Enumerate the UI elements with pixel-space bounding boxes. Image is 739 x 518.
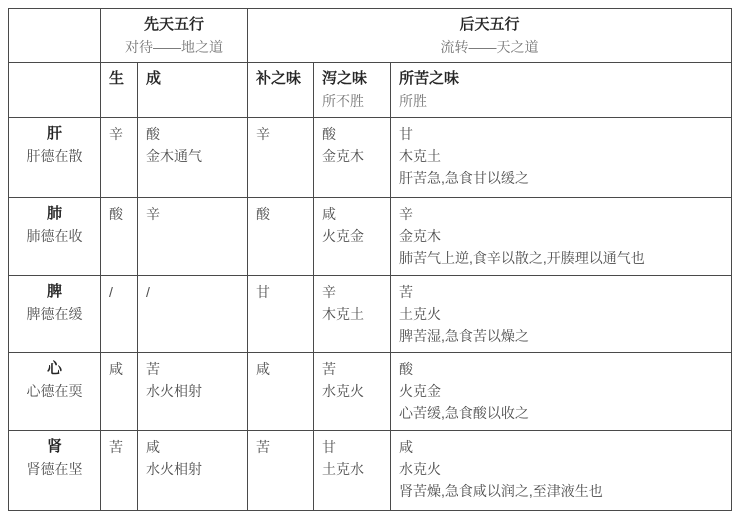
cheng-line-1: 苦 [146, 358, 239, 380]
suku-line-1: 咸 [399, 436, 723, 458]
suku-line-3: 肾苦燥,急食咸以润之,至津液生也 [399, 480, 723, 502]
suku-line-1: 酸 [399, 358, 723, 380]
bu-cell: 咸 [248, 353, 314, 431]
sheng-cell: / [101, 276, 138, 353]
xie-line-1: 辛 [322, 281, 382, 303]
column-header-row: 生 成 补之味 泻之味 所不胜 所苦之味 所胜 [9, 63, 732, 118]
bu-cell: 辛 [248, 118, 314, 198]
xie-line-1: 咸 [322, 203, 382, 225]
xie-cell: 辛 木克土 [314, 276, 391, 353]
organ-name: 肺 [17, 203, 92, 225]
sheng-value: / [109, 281, 129, 303]
col-header-xie-sublabel: 所不胜 [322, 90, 382, 112]
bu-cell: 酸 [248, 198, 314, 276]
bu-value: 酸 [256, 203, 305, 225]
suku-line-3: 肺苦气上逆,食辛以散之,开腠理以通气也 [399, 247, 723, 269]
xie-cell: 咸 火克金 [314, 198, 391, 276]
sheng-value: 辛 [109, 123, 129, 145]
sheng-value: 酸 [109, 203, 129, 225]
cheng-line-2: 金木通气 [146, 145, 239, 167]
suku-line-2: 木克土 [399, 145, 723, 167]
organ-name: 心 [17, 358, 92, 380]
xie-line-2: 金克木 [322, 145, 382, 167]
group-innate-subtitle: 对待——地之道 [109, 36, 239, 58]
cheng-line-1: 酸 [146, 123, 239, 145]
sheng-value: 咸 [109, 358, 129, 380]
col-header-xie-label: 泻之味 [322, 68, 382, 90]
cheng-cell: 苦 水火相射 [138, 353, 248, 431]
xie-cell: 酸 金克木 [314, 118, 391, 198]
xie-cell: 甘 土克水 [314, 431, 391, 511]
suku-line-2: 火克金 [399, 380, 723, 402]
suku-cell: 辛 金克木 肺苦气上逆,食辛以散之,开腠理以通气也 [391, 198, 732, 276]
organ-name: 肾 [17, 436, 92, 458]
cheng-cell: 辛 [138, 198, 248, 276]
wuxing-table: 先天五行 对待——地之道 后天五行 流转——天之道 生 成 补之味 泻之味 所不… [8, 8, 732, 511]
cheng-line-2: 水火相射 [146, 458, 239, 480]
xie-line-2: 水克火 [322, 380, 382, 402]
col-header-sheng-label: 生 [109, 68, 129, 90]
header-group-row: 先天五行 对待——地之道 后天五行 流转——天之道 [9, 9, 732, 63]
organ-name: 脾 [17, 281, 92, 303]
xie-line-2: 木克土 [322, 303, 382, 325]
suku-line-3: 心苦缓,急食酸以收之 [399, 402, 723, 424]
suku-line-1: 苦 [399, 281, 723, 303]
sheng-cell: 咸 [101, 353, 138, 431]
bu-value: 甘 [256, 281, 305, 303]
organ-virtue: 肺德在收 [17, 225, 92, 247]
suku-cell: 苦 土克火 脾苦湿,急食苦以燥之 [391, 276, 732, 353]
suku-line-2: 土克火 [399, 303, 723, 325]
group-innate-title: 先天五行 [109, 14, 239, 36]
sheng-cell: 辛 [101, 118, 138, 198]
col-header-cheng-label: 成 [146, 68, 239, 90]
cheng-line-1: 辛 [146, 203, 239, 225]
suku-line-3: 脾苦湿,急食苦以燥之 [399, 325, 723, 347]
group-acquired-subtitle: 流转——天之道 [256, 36, 723, 58]
suku-line-2: 水克火 [399, 458, 723, 480]
col-header-suku: 所苦之味 所胜 [391, 63, 732, 118]
organ-virtue: 肝德在散 [17, 145, 92, 167]
table-row-heart: 心 心德在耎 咸 苦 水火相射 咸 苦 水克火 酸 火克金 心苦缓,急食酸以收之 [9, 353, 732, 431]
group-innate-cell: 先天五行 对待——地之道 [101, 9, 248, 63]
group-acquired-title: 后天五行 [256, 14, 723, 36]
cheng-line-1: 咸 [146, 436, 239, 458]
table-row-spleen: 脾 脾德在缓 / / 甘 辛 木克土 苦 土克火 脾苦湿,急食苦以燥之 [9, 276, 732, 353]
organ-virtue: 脾德在缓 [17, 303, 92, 325]
organ-virtue: 心德在耎 [17, 380, 92, 402]
organ-cell: 脾 脾德在缓 [9, 276, 101, 353]
cheng-line-2: 水火相射 [146, 380, 239, 402]
col-header-sheng: 生 [101, 63, 138, 118]
table-row-liver: 肝 肝德在散 辛 酸 金木通气 辛 酸 金克木 甘 木克土 肝苦急,急食甘以缓之 [9, 118, 732, 198]
col-header-suku-sublabel: 所胜 [399, 90, 723, 112]
corner-cell-top [9, 9, 101, 63]
organ-cell: 肾 肾德在坚 [9, 431, 101, 511]
sheng-value: 苦 [109, 436, 129, 458]
sheng-cell: 酸 [101, 198, 138, 276]
table-row-kidney: 肾 肾德在坚 苦 咸 水火相射 苦 甘 土克水 咸 水克火 肾苦燥,急食咸以润之… [9, 431, 732, 511]
xie-line-2: 火克金 [322, 225, 382, 247]
suku-line-1: 辛 [399, 203, 723, 225]
suku-line-3: 肝苦急,急食甘以缓之 [399, 167, 723, 189]
organ-virtue: 肾德在坚 [17, 458, 92, 480]
bu-value: 咸 [256, 358, 305, 380]
xie-line-1: 甘 [322, 436, 382, 458]
bu-value: 苦 [256, 436, 305, 458]
col-header-bu-label: 补之味 [256, 68, 305, 90]
bu-cell: 甘 [248, 276, 314, 353]
xie-line-1: 酸 [322, 123, 382, 145]
page-canvas: 先天五行 对待——地之道 后天五行 流转——天之道 生 成 补之味 泻之味 所不… [0, 0, 739, 518]
organ-name: 肝 [17, 123, 92, 145]
suku-line-2: 金克木 [399, 225, 723, 247]
organ-cell: 肝 肝德在散 [9, 118, 101, 198]
group-acquired-cell: 后天五行 流转——天之道 [248, 9, 732, 63]
col-header-bu: 补之味 [248, 63, 314, 118]
organ-cell: 肺 肺德在收 [9, 198, 101, 276]
corner-cell-bottom [9, 63, 101, 118]
suku-cell: 咸 水克火 肾苦燥,急食咸以润之,至津液生也 [391, 431, 732, 511]
col-header-xie: 泻之味 所不胜 [314, 63, 391, 118]
xie-line-1: 苦 [322, 358, 382, 380]
table-row-lung: 肺 肺德在收 酸 辛 酸 咸 火克金 辛 金克木 肺苦气上逆,食辛以散之,开腠理… [9, 198, 732, 276]
cheng-cell: / [138, 276, 248, 353]
cheng-cell: 咸 水火相射 [138, 431, 248, 511]
cheng-cell: 酸 金木通气 [138, 118, 248, 198]
bu-cell: 苦 [248, 431, 314, 511]
xie-line-2: 土克水 [322, 458, 382, 480]
suku-cell: 甘 木克土 肝苦急,急食甘以缓之 [391, 118, 732, 198]
cheng-line-1: / [146, 281, 239, 303]
col-header-suku-label: 所苦之味 [399, 68, 723, 90]
organ-cell: 心 心德在耎 [9, 353, 101, 431]
sheng-cell: 苦 [101, 431, 138, 511]
suku-line-1: 甘 [399, 123, 723, 145]
xie-cell: 苦 水克火 [314, 353, 391, 431]
suku-cell: 酸 火克金 心苦缓,急食酸以收之 [391, 353, 732, 431]
bu-value: 辛 [256, 123, 305, 145]
col-header-cheng: 成 [138, 63, 248, 118]
